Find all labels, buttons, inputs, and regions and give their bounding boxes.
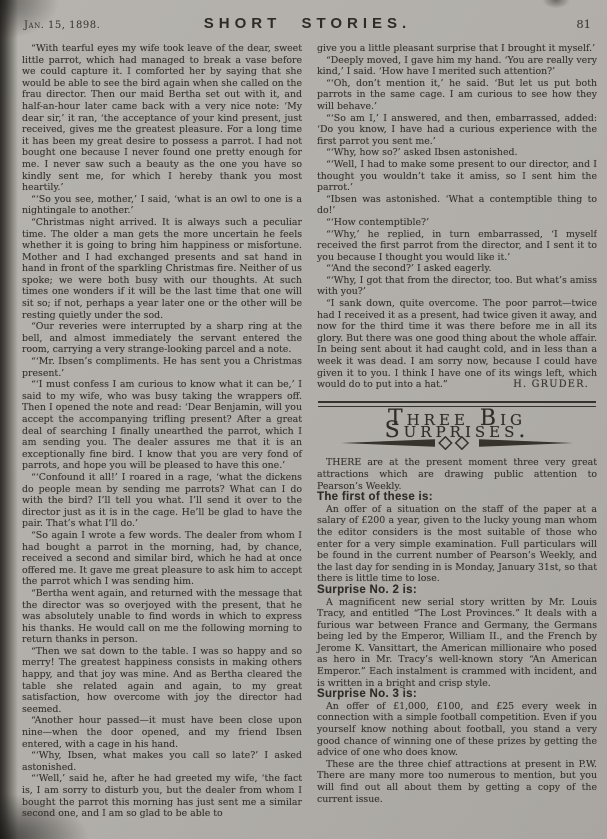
story-paragraph: “Then we sat down to the table. I was so… bbox=[22, 646, 302, 716]
story-paragraph: “‘Why, I got that from the director, too… bbox=[317, 275, 597, 298]
story-paragraph: “‘Well,’ said he, after he had greeted m… bbox=[22, 773, 302, 819]
heading-ornament-icon bbox=[317, 436, 597, 450]
story-paragraph: “Christmas night arrived. It is always s… bbox=[22, 217, 302, 321]
story-paragraph: “‘Why, Ibsen, what makes you call so lat… bbox=[22, 750, 302, 773]
page-header: Jan. 15, 1898. SHORT STORIES. 81 bbox=[24, 15, 595, 32]
surprise-3-body: An offer of £1,000, £100, and £25 every … bbox=[317, 701, 597, 759]
story-paragraph: “‘So am I,’ I answered, and then, embarr… bbox=[317, 113, 597, 148]
story-paragraph: “‘So you see, mother,’ I said, ‘what is … bbox=[22, 194, 302, 217]
right-column: give you a little pleasant surprise that… bbox=[317, 43, 597, 829]
story-paragraph: “Deeply moved, I gave him my hand. ‘You … bbox=[317, 55, 597, 78]
surprise-1-heading: The first of these is: bbox=[317, 492, 597, 504]
story-paragraph: “‘Confound it all!’ I roared in a rage, … bbox=[22, 472, 302, 530]
story-paragraph: “‘How contemptible?’ bbox=[317, 217, 597, 229]
story-paragraph: “Our reveries were interrupted by a shar… bbox=[22, 321, 302, 356]
story-paragraph: “So again I wrote a few words. The deale… bbox=[22, 530, 302, 588]
page-content: Jan. 15, 1898. SHORT STORIES. 81 “With t… bbox=[18, 0, 607, 829]
section-title: Three Big Surprises. bbox=[317, 413, 597, 436]
story-paragraph: “‘Oh, don’t mention it,’ he said. ‘But l… bbox=[317, 78, 597, 113]
story-paragraph: “Another hour passed—it must have been c… bbox=[22, 715, 302, 750]
story-paragraph: “‘I must confess I am curious to know wh… bbox=[22, 379, 302, 472]
surprise-2-body: A magnificent new serial story written b… bbox=[317, 597, 597, 690]
story-paragraph-continuation: give you a little pleasant surprise that… bbox=[317, 43, 597, 55]
story-paragraph: “I sank down, quite overcome. The poor p… bbox=[317, 298, 597, 391]
section-closing: These are the three chief attractions at… bbox=[317, 759, 597, 805]
story-paragraph: “‘Why,’ he replied, in turn embarrassed,… bbox=[317, 229, 597, 264]
story-paragraph: “‘And the second?’ I asked eagerly. bbox=[317, 263, 597, 275]
surprise-1-body: An offer of a situation on the staff of … bbox=[317, 504, 597, 585]
page-spine-shadow bbox=[0, 0, 18, 839]
story-paragraph: “Ibsen was astonished. ‘What a contempti… bbox=[317, 194, 597, 217]
story-paragraph: “‘Mr. Ibsen’s compliments. He has sent y… bbox=[22, 356, 302, 379]
section-intro: THERE are at the present moment three ve… bbox=[317, 457, 597, 492]
two-column-body: “With tearful eyes my wife took leave of… bbox=[22, 43, 597, 829]
surprise-3-heading: Surprise No. 3 is: bbox=[317, 689, 597, 701]
page-number: 81 bbox=[473, 17, 595, 31]
story-paragraph: “‘Why, how so?’ asked Ibsen astonished. bbox=[317, 147, 597, 159]
surprise-2-heading: Surprise No. 2 is: bbox=[317, 585, 597, 597]
publication-title: SHORT STORIES. bbox=[142, 15, 473, 32]
magazine-page: Jan. 15, 1898. SHORT STORIES. 81 “With t… bbox=[0, 0, 607, 839]
story-paragraph: “With tearful eyes my wife took leave of… bbox=[22, 43, 302, 194]
story-paragraph: “‘Well, I had to make some present to ou… bbox=[317, 159, 597, 194]
issue-date: Jan. 15, 1898. bbox=[24, 20, 142, 31]
left-column: “With tearful eyes my wife took leave of… bbox=[22, 43, 302, 829]
story-paragraph: “Bertha went again, and returned with th… bbox=[22, 588, 302, 646]
